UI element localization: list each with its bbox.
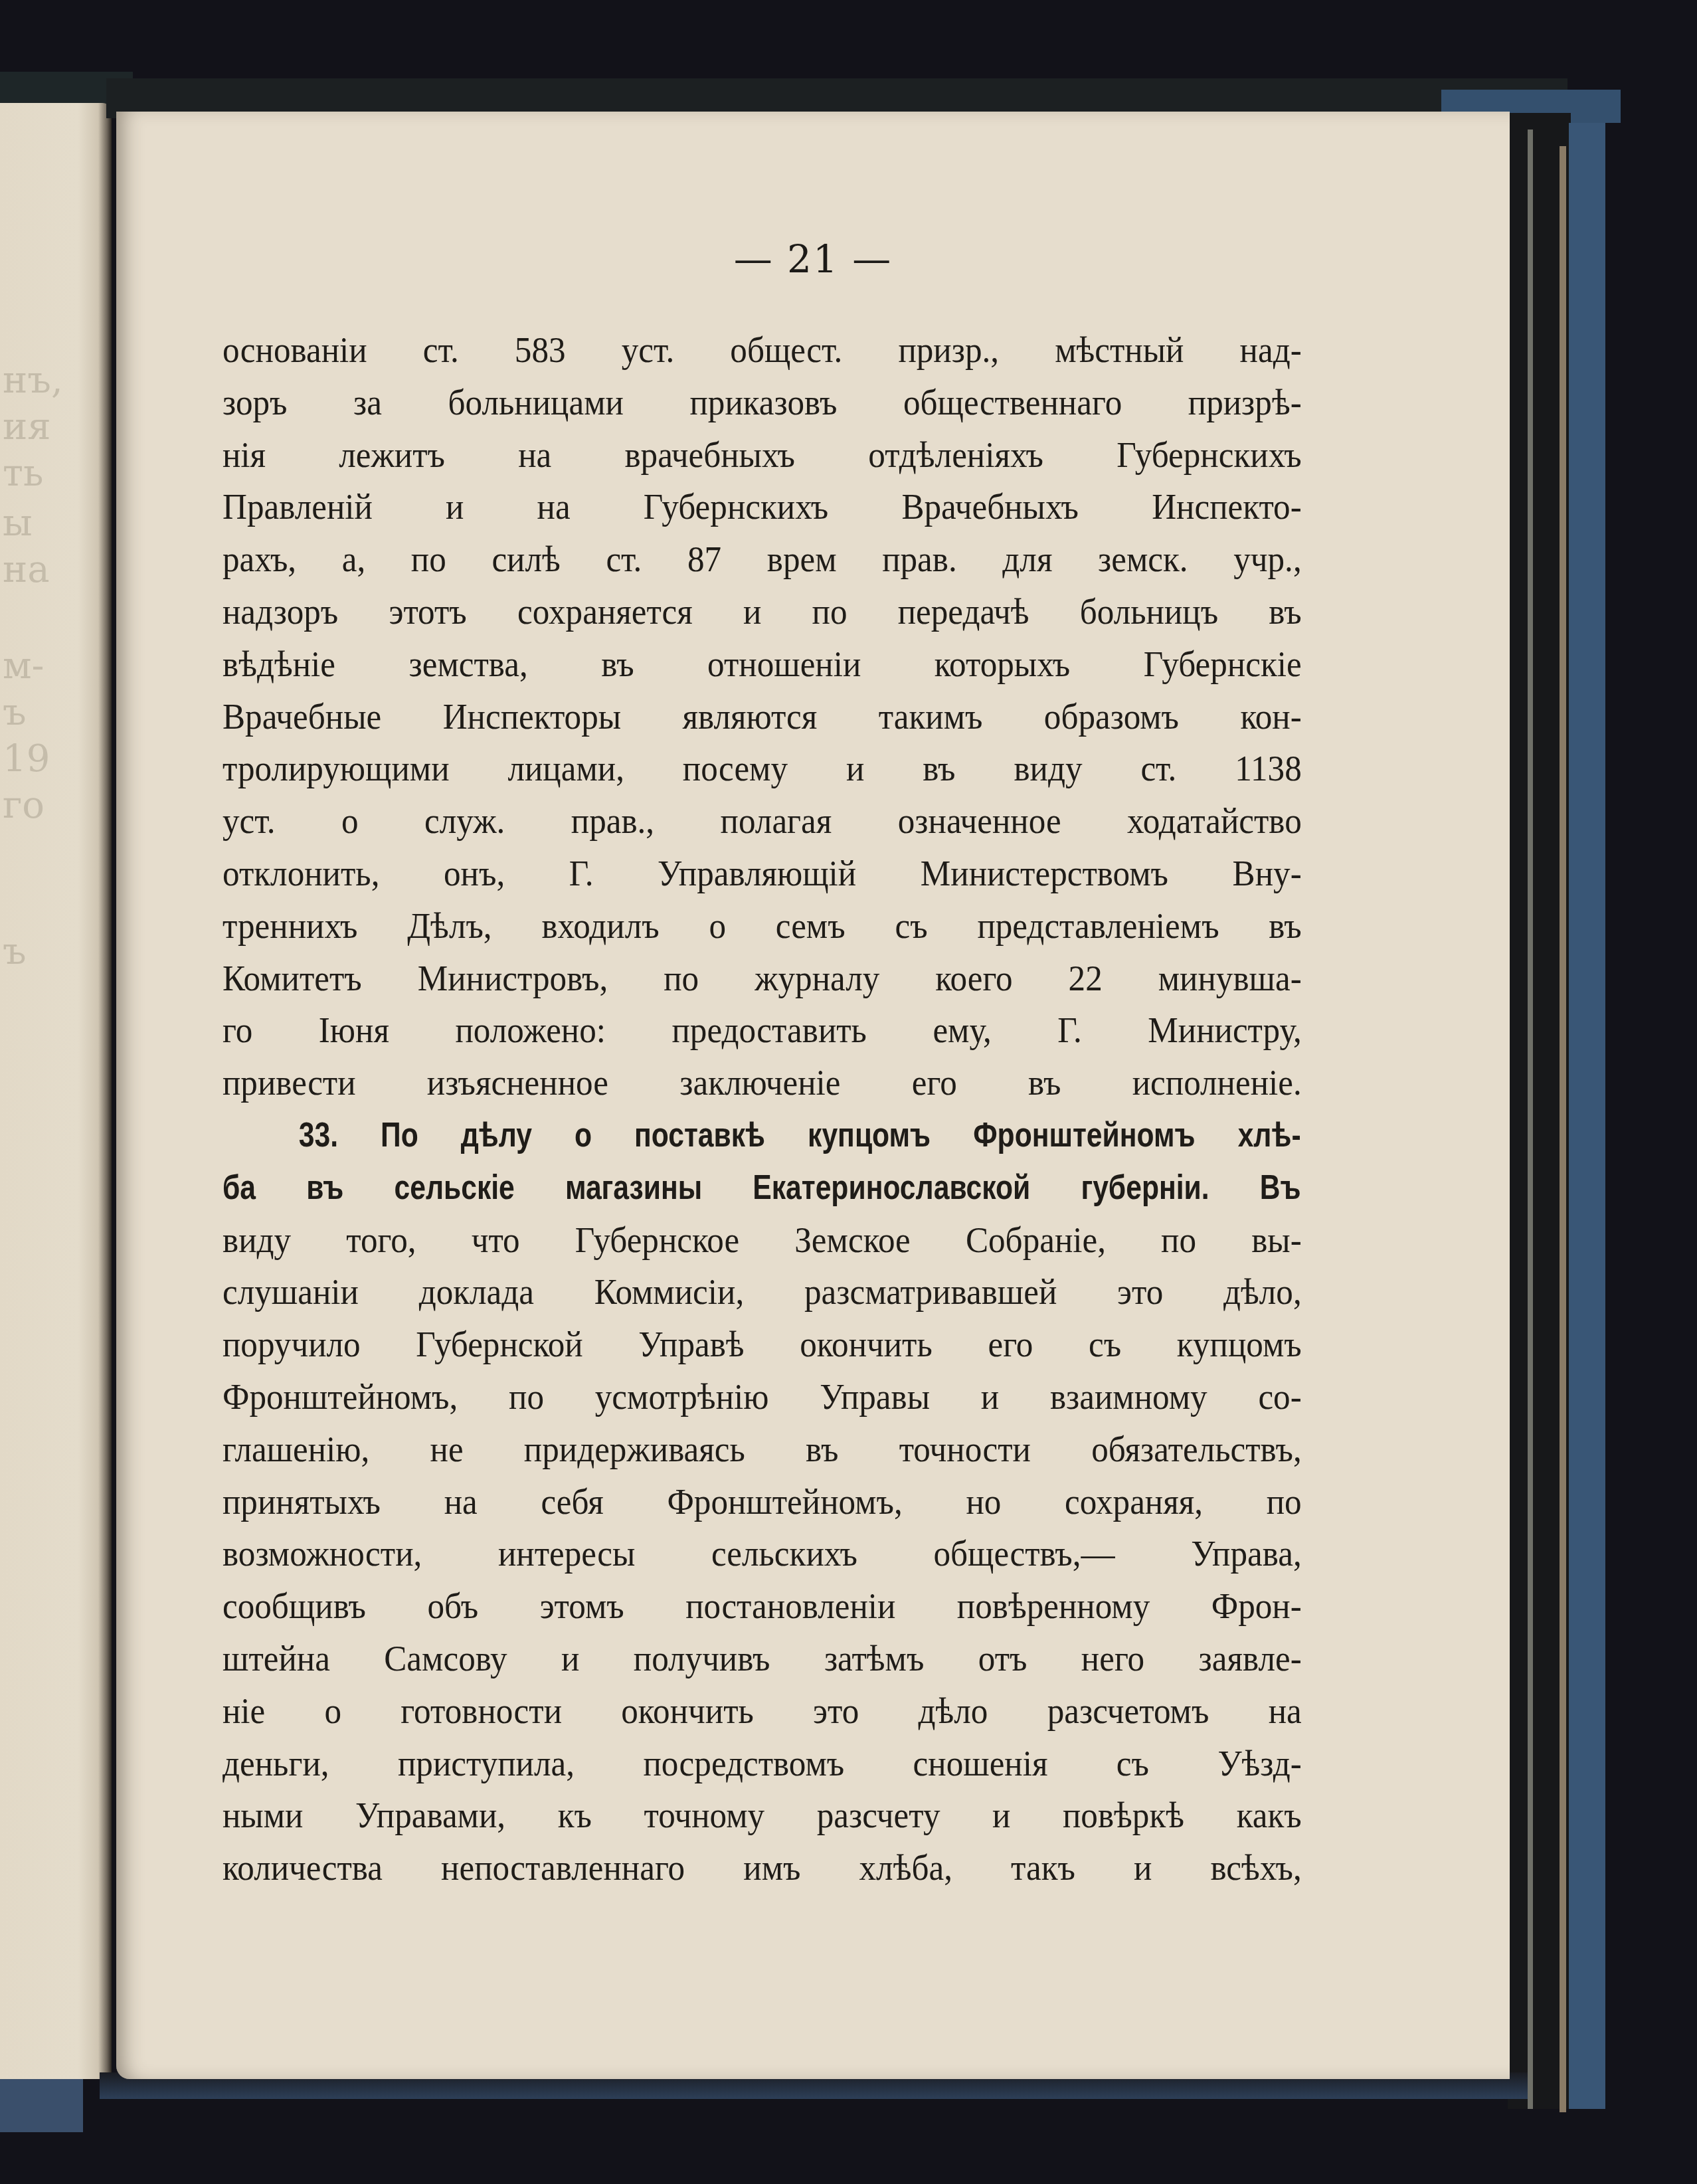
left-page-fragment: 19 [3, 737, 102, 780]
left-page-fragment: ъ [3, 691, 102, 734]
text-line: слушаніи доклада Коммисіи, разсматривавш… [223, 1266, 1302, 1319]
section-heading-line: ба въ сельскіе магазины Екатеринославско… [223, 1162, 1301, 1214]
text-line: виду того, что Губернское Земское Собран… [223, 1214, 1302, 1267]
page-number: — 21 — [116, 236, 1510, 282]
text-line: штейна Самсову и получивъ затѣмъ отъ нег… [223, 1633, 1302, 1685]
text-line: Фронштейномъ, по усмотрѣнію Управы и вза… [223, 1371, 1302, 1423]
text-line: глашенію, не придерживаясь въ точности о… [223, 1423, 1302, 1476]
text-line: зоръ за больницами приказовъ общественна… [223, 377, 1302, 429]
text-line: го Іюня положено: предоставить ему, Г. М… [223, 1004, 1302, 1057]
text-line: ными Управами, къ точному разсчету и пов… [223, 1789, 1302, 1842]
book-page: — 21 — основаніи ст. 583 уст. общест. пр… [116, 112, 1510, 2079]
text-line: уст. о служ. прав., полагая означенное х… [223, 795, 1302, 848]
text-line: вѣдѣніе земства, въ отношеніи которыхъ Г… [223, 638, 1302, 691]
right-book-edge [1508, 83, 1627, 2132]
right-book-cover [1569, 123, 1605, 2109]
text-line: отклонить, онъ, Г. Управляющій Министерс… [223, 848, 1302, 900]
text-line: основаніи ст. 583 уст. общест. призр., м… [223, 324, 1302, 377]
text-line: треннихъ Дѣлъ, входилъ о семъ съ предста… [223, 900, 1302, 953]
text-line: привести изъясненное заключеніе его въ и… [223, 1057, 1302, 1109]
left-page-fragment: м- [3, 644, 102, 687]
section-heading-line: 33. По дѣлу о поставкѣ купцомъ Фронштейн… [223, 1109, 1301, 1162]
page-stack-line [1528, 130, 1533, 2109]
left-page-edge: нъ, ия ть ы на м- ъ 19 го ъ [0, 103, 112, 2079]
left-page-fragment: ия [3, 405, 102, 448]
text-line: надзоръ этотъ сохраняется и по передачѣ … [223, 586, 1302, 638]
text-line: нія лежитъ на врачебныхъ отдѣленіяхъ Губ… [223, 429, 1302, 482]
text-line: возможности, интересы сельскихъ обществъ… [223, 1528, 1302, 1580]
left-page-fragment: ъ [3, 930, 102, 973]
page-body-text: основаніи ст. 583 уст. общест. призр., м… [223, 324, 1302, 1894]
text-line: принятыхъ на себя Фронштейномъ, но сохра… [223, 1476, 1302, 1528]
left-page-fragment: ть [3, 452, 102, 495]
left-page-fragment: на [3, 548, 102, 591]
left-page-fragment: ы [3, 501, 102, 545]
text-line: тролирующими лицами, посему и въ виду ст… [223, 743, 1302, 795]
text-line: количества непоставленнаго имъ хлѣба, та… [223, 1842, 1302, 1894]
text-line: Правленій и на Губернскихъ Врачебныхъ Ин… [223, 481, 1302, 533]
text-line: Комитетъ Министровъ, по журналу коего 22… [223, 953, 1302, 1005]
text-line: сообщивъ объ этомъ постановленіи повѣрен… [223, 1580, 1302, 1633]
left-page-fragment: го [3, 784, 102, 827]
text-line: рахъ, а, по силѣ ст. 87 врем прав. для з… [223, 533, 1302, 586]
text-line: Врачебные Инспекторы являются такимъ обр… [223, 691, 1302, 743]
text-line: деньги, приступила, посредствомъ сношені… [223, 1738, 1302, 1790]
text-line: ніе о готовности окончить это дѣло разсч… [223, 1685, 1302, 1738]
text-line: поручило Губернской Управѣ окончить его … [223, 1319, 1302, 1371]
left-page-fragment: нъ, [3, 359, 102, 402]
page-stack-line [1560, 146, 1566, 2112]
